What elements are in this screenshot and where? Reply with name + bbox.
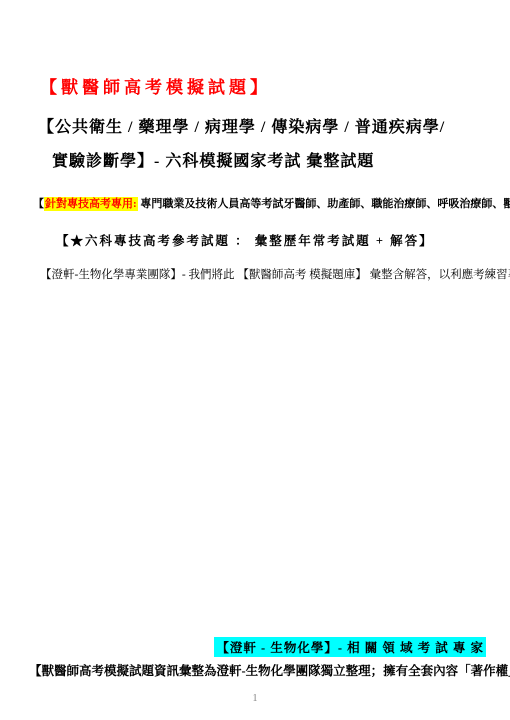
copyright-line: 【獸醫師高考模擬試題資訊彙整為澄軒-生物化學團隊獨立整理；擁有全套內容「著作權」… (29, 661, 510, 679)
document-page: 【獸醫師高考模擬試題】 【公共衛生 / 藥理學 / 病理學 / 傳染病學 / 普… (0, 0, 510, 720)
main-title: 【獸醫師高考模擬試題】 (40, 73, 271, 98)
team-description-line: 【澄軒-生物化學專業團隊】- 我們將此 【獸醫師高考 模擬題庫】 彙整含解答，以… (40, 266, 510, 282)
notice-rest-text: 專門職業及技術人員高等考試牙醫師、助產師、職能治療師、呼吸治療師、獸醫師】 (138, 198, 510, 210)
page-number: 1 (0, 693, 510, 704)
subtitle-line-2: 實驗診斷學】- 六科模擬國家考試 彙整試題 (52, 148, 374, 171)
footer-highlight-line: 【澄軒 - 生物化學】- 相 關 領 域 考 試 專 家 (214, 637, 486, 657)
target-notice-line: 【針對專技高考專用: 專門職業及技術人員高等考試牙醫師、助產師、職能治療師、呼吸… (33, 195, 510, 211)
exam-reference-line: 【★六科專技高考參考試題 ： 彙整歷年常考試題 + 解答】 (56, 231, 434, 249)
subtitle-line-1: 【公共衛生 / 藥理學 / 病理學 / 傳染病學 / 普通疾病學/ (38, 114, 445, 137)
notice-highlighted-text: 針對專技高考專用: (44, 197, 138, 211)
notice-open-bracket: 【 (33, 198, 44, 210)
